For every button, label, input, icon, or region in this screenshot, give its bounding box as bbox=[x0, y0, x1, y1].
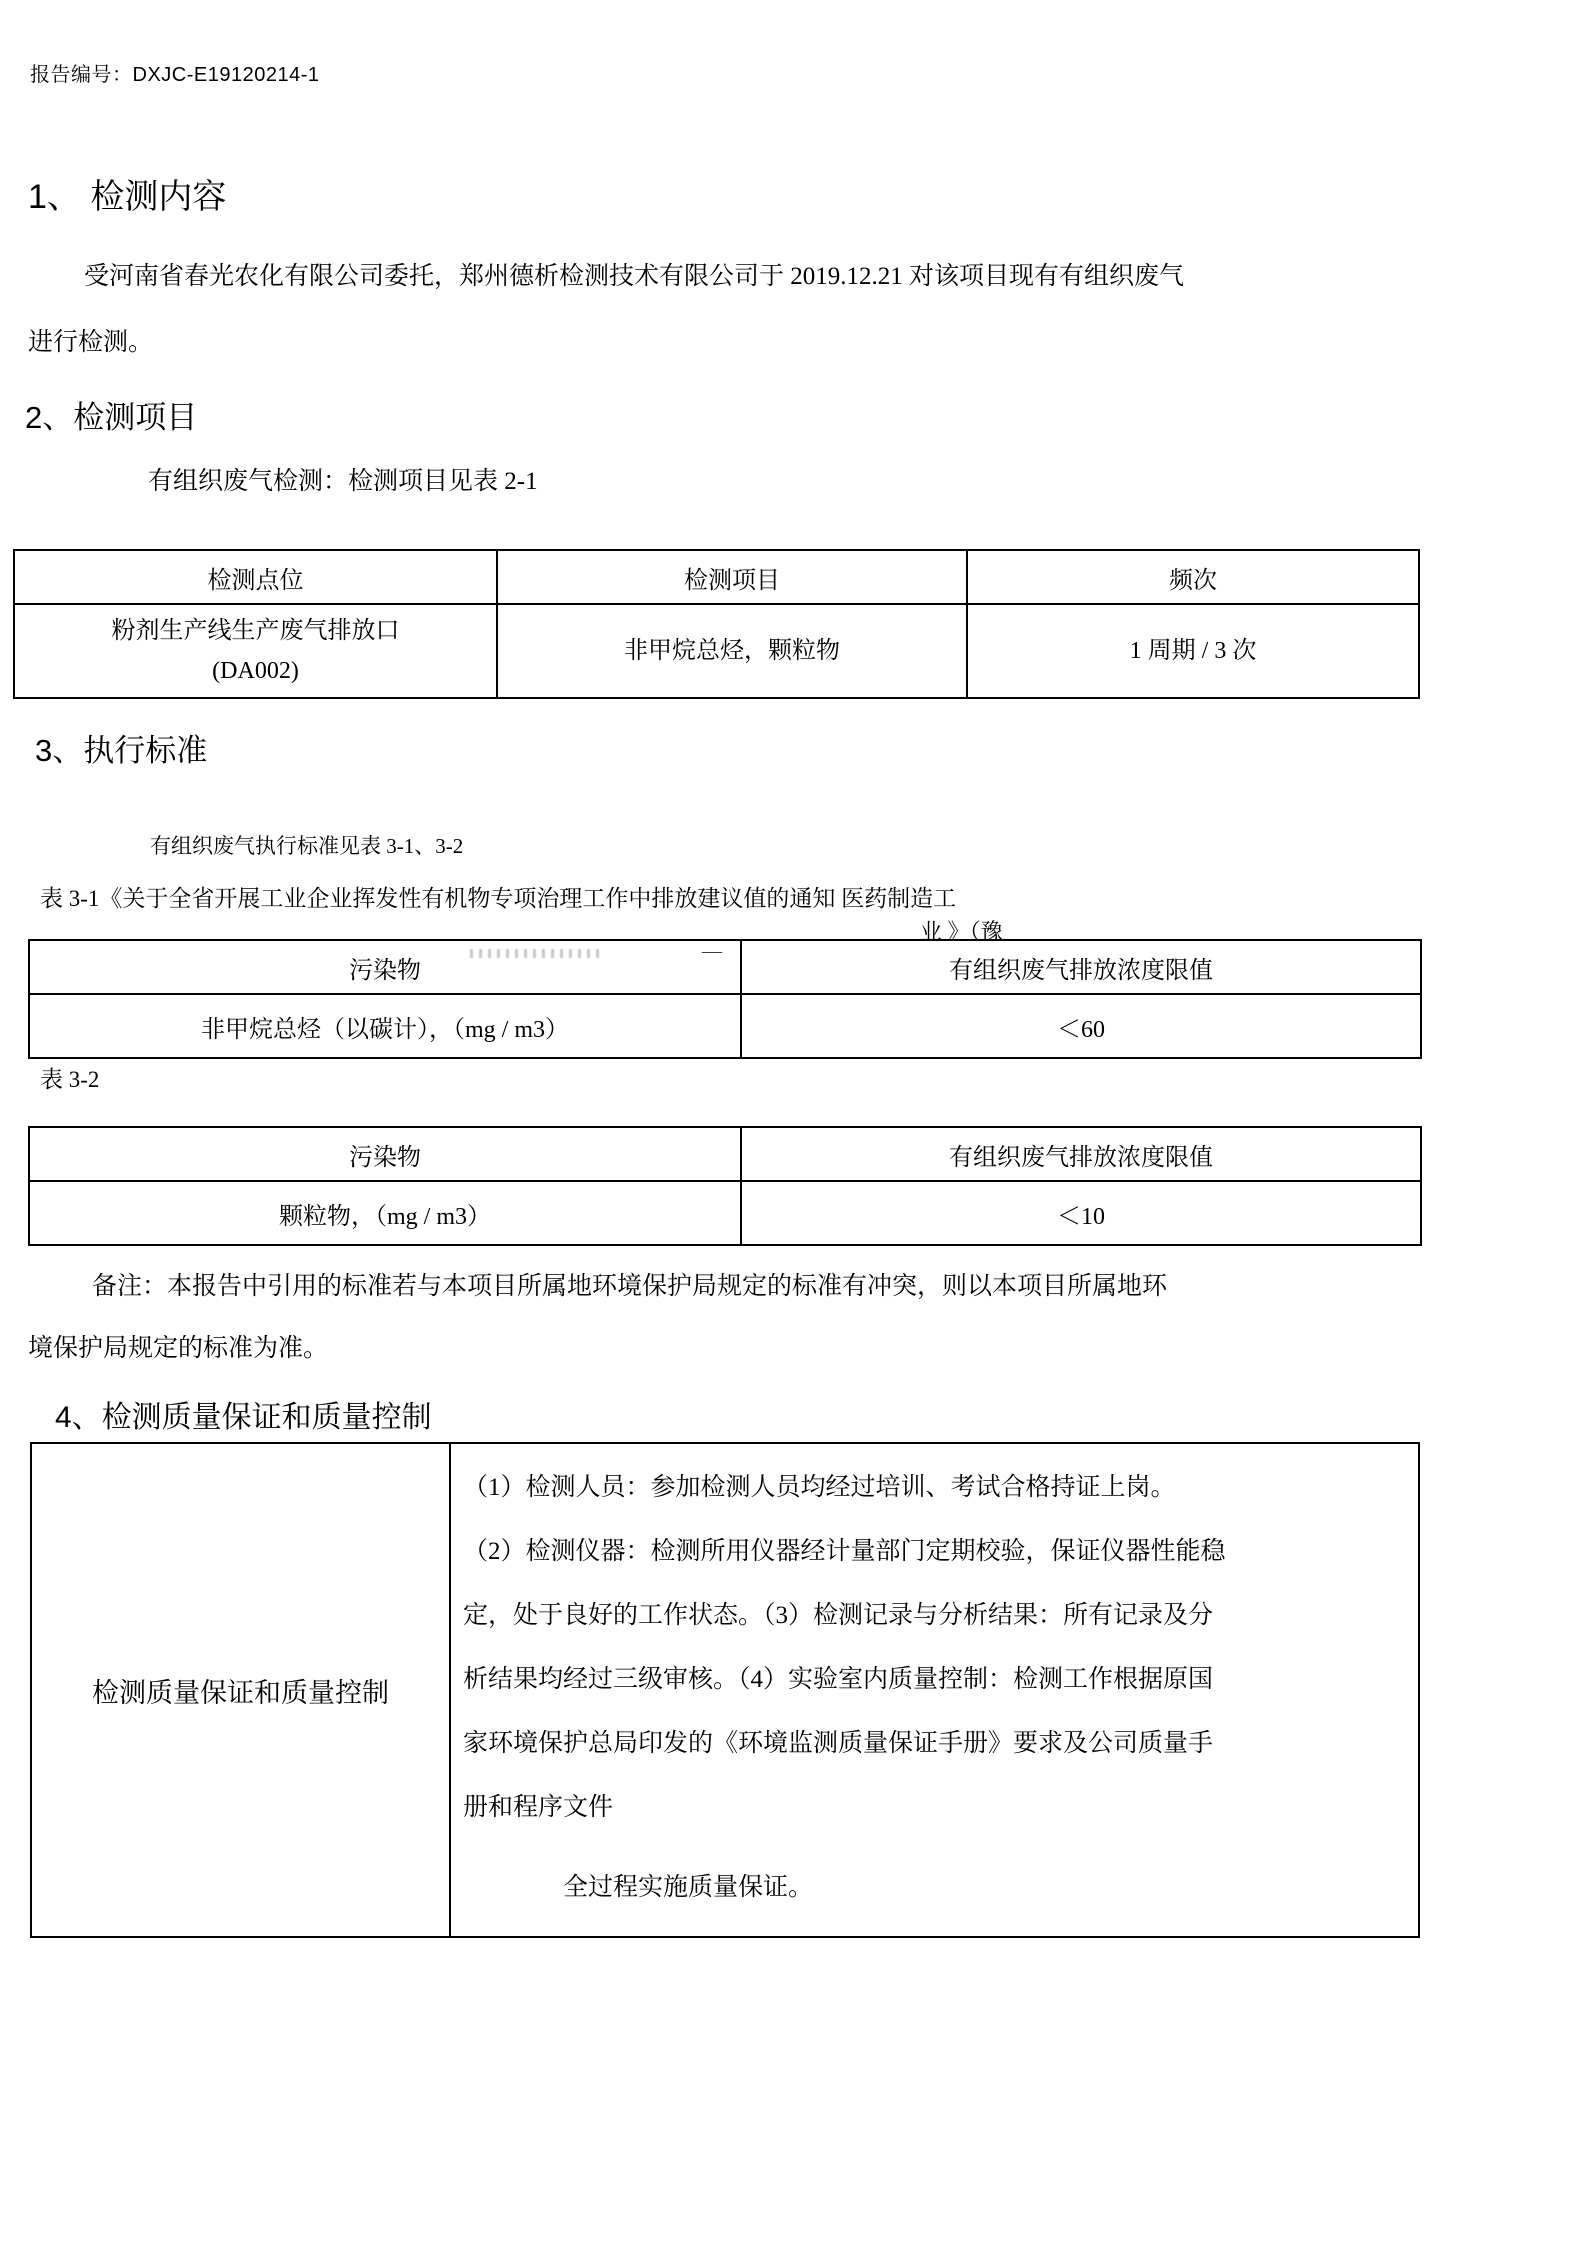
section-2-title: 2、检测项目 bbox=[25, 392, 1586, 437]
table-2-1: 检测点位 检测项目 频次 粉剂生产线生产废气排放口 (DA002) 非甲烷总烃，… bbox=[13, 549, 1420, 699]
table-3-2-label: 表 3-2 bbox=[40, 1061, 1586, 1094]
section-1-title: 1、 检测内容 bbox=[28, 169, 1586, 218]
paragraph-line-2: 进行检测。 bbox=[28, 310, 1526, 376]
report-page: 报告编号：DXJC-E19120214-1 1、 检测内容 受河南省春光农化有限… bbox=[0, 0, 1586, 2245]
qa-qc-label-cell: 检测质量保证和质量控制 bbox=[31, 1443, 450, 1937]
report-number-value: DXJC-E19120214-1 bbox=[133, 64, 320, 86]
qa-line-1: （1）检测人员：参加检测人员均经过培训、考试合格持证上岗。 bbox=[463, 1456, 1404, 1520]
table-2-1-header-items: 检测项目 bbox=[497, 550, 967, 604]
report-number-label: 报告编号： bbox=[30, 64, 133, 86]
qa-last-line: 全过程实施质量保证。 bbox=[463, 1856, 1404, 1920]
table-3-1-header-pollutant: — 污染物 bbox=[29, 940, 741, 994]
qa-line-3: 定，处于良好的工作状态。（3）检测记录与分析结果：所有记录及分 bbox=[463, 1584, 1404, 1648]
table-qa-qc: 检测质量保证和质量控制 （1）检测人员：参加检测人员均经过培训、考试合格持证上岗… bbox=[30, 1442, 1420, 1938]
table-2-1-data-row: 粉剂生产线生产废气排放口 (DA002) 非甲烷总烃，颗粒物 1 周期 / 3 … bbox=[14, 604, 1419, 698]
table-3-1-data-row: 非甲烷总烃（以碳计），（mg / m3） ＜60 bbox=[29, 994, 1421, 1058]
section-2-note: 有组织废气检测：检测项目见表 2-1 bbox=[148, 461, 1586, 497]
paragraph-line-1: 受河南省春光农化有限公司委托，郑州德析检测技术有限公司于 2019.12.21 … bbox=[28, 244, 1526, 310]
table-2-1-cell-frequency: 1 周期 / 3 次 bbox=[967, 604, 1419, 698]
table-qa-qc-row: 检测质量保证和质量控制 （1）检测人员：参加检测人员均经过培训、考试合格持证上岗… bbox=[31, 1443, 1419, 1937]
standards-remark: 备注：本报告中引用的标准若与本项目所属地环境保护局规定的标准有冲突，则以本项目所… bbox=[28, 1256, 1526, 1380]
table-2-1-cell-point: 粉剂生产线生产废气排放口 (DA002) bbox=[14, 604, 497, 698]
qa-line-2: （2）检测仪器：检测所用仪器经计量部门定期校验，保证仪器性能稳 bbox=[463, 1520, 1404, 1584]
table-3-2-data-row: 颗粒物，（mg / m3） ＜10 bbox=[29, 1181, 1421, 1245]
table-3-1-header-row: — 污染物 有组织废气排放浓度限值 bbox=[29, 940, 1421, 994]
table-3-2-cell-pollutant: 颗粒物，（mg / m3） bbox=[29, 1181, 741, 1245]
table-3-1-header-limit: 有组织废气排放浓度限值 bbox=[741, 940, 1421, 994]
remark-line-1: 备注：本报告中引用的标准若与本项目所属地环境保护局规定的标准有冲突，则以本项目所… bbox=[28, 1256, 1526, 1318]
table-3-1: — 污染物 有组织废气排放浓度限值 非甲烷总烃（以碳计），（mg / m3） ＜… bbox=[28, 939, 1422, 1059]
qa-line-4: 析结果均经过三级审核。（4）实验室内质量控制：检测工作根据原国 bbox=[463, 1648, 1404, 1712]
table-3-2-cell-limit: ＜10 bbox=[741, 1181, 1421, 1245]
section-4-title: 4、检测质量保证和质量控制 bbox=[55, 1392, 1586, 1436]
table-2-1-header-row: 检测点位 检测项目 频次 bbox=[14, 550, 1419, 604]
table-3-2-header-limit: 有组织废气排放浓度限值 bbox=[741, 1127, 1421, 1181]
table-2-1-header-point: 检测点位 bbox=[14, 550, 497, 604]
qa-qc-content-cell: （1）检测人员：参加检测人员均经过培训、考试合格持证上岗。 （2）检测仪器：检测… bbox=[450, 1443, 1419, 1937]
remark-line-2: 境保护局规定的标准为准。 bbox=[28, 1318, 1526, 1380]
table-3-2-header-row: 污染物 有组织废气排放浓度限值 bbox=[29, 1127, 1421, 1181]
section-3-title: 3、执行标准 bbox=[35, 725, 1586, 770]
table-3-1-cell-limit: ＜60 bbox=[741, 994, 1421, 1058]
section-1-paragraph: 受河南省春光农化有限公司委托，郑州德析检测技术有限公司于 2019.12.21 … bbox=[28, 244, 1526, 376]
table-3-1-caption-line-1: 表 3-1《关于全省开展工业企业挥发性有机物专项治理工作中排放建议值的通知 医药… bbox=[40, 880, 1546, 913]
table-3-2-header-pollutant: 污染物 bbox=[29, 1127, 741, 1181]
qa-line-6: 册和程序文件 bbox=[463, 1776, 1404, 1840]
qa-line-5: 家环境保护总局印发的《环境监测质量保证手册》要求及公司质量手 bbox=[463, 1712, 1404, 1776]
table-3-1-cell-pollutant: 非甲烷总烃（以碳计），（mg / m3） bbox=[29, 994, 741, 1058]
clipped-text-artifact bbox=[470, 949, 600, 958]
report-number-line: 报告编号：DXJC-E19120214-1 bbox=[0, 0, 1586, 87]
table-3-2: 污染物 有组织废气排放浓度限值 颗粒物，（mg / m3） ＜10 bbox=[28, 1126, 1422, 1246]
table-2-1-header-frequency: 频次 bbox=[967, 550, 1419, 604]
section-3-note: 有组织废气执行标准见表 3-1、3-2 bbox=[150, 830, 1586, 860]
table-2-1-cell-items: 非甲烷总烃，颗粒物 bbox=[497, 604, 967, 698]
clipped-dash-artifact: — bbox=[702, 941, 722, 961]
